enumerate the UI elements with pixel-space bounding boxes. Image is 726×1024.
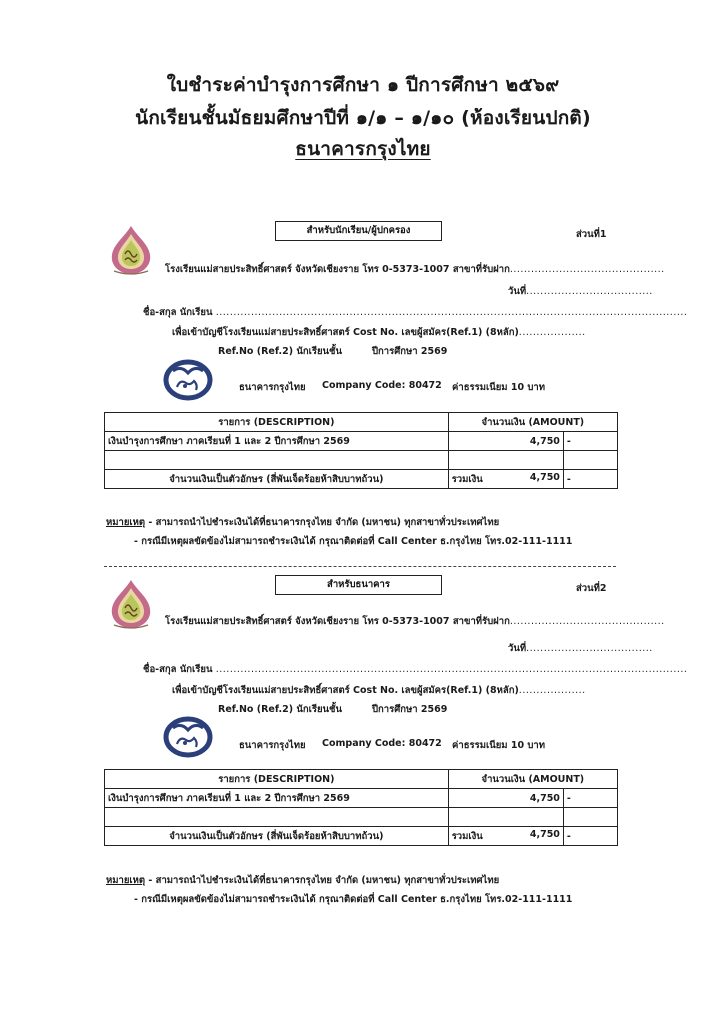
- service-fee: ค่าธรรมเนียม 10 บาท: [452, 738, 545, 753]
- note-text-1: - สามารถนำไปชำระเงินได้ที่ธนาคารกรุงไทย …: [145, 517, 499, 528]
- slip-for-label: สำหรับธนาคาร: [275, 575, 442, 595]
- document-subtitle: นักเรียนชั้นมัธยมศึกษาปีที่ ๑/๑ – ๑/๑๐ (…: [0, 103, 726, 133]
- empty-cell: [563, 451, 617, 470]
- empty-cell: [448, 808, 563, 827]
- cut-line-divider: [104, 566, 616, 567]
- table-header-row: รายการ (DESCRIPTION) จำนวนเงิน (AMOUNT): [105, 413, 618, 432]
- part-number: ส่วนที่1: [576, 227, 607, 242]
- column-header-amount: จำนวนเงิน (AMOUNT): [448, 413, 617, 432]
- table-header-row: รายการ (DESCRIPTION) จำนวนเงิน (AMOUNT): [105, 770, 618, 789]
- column-header-amount: จำนวนเงิน (AMOUNT): [448, 770, 617, 789]
- empty-cell: [105, 451, 449, 470]
- amount-in-words: จำนวนเงินเป็นตัวอักษร (สี่พันเจ็ดร้อยห้า…: [105, 470, 449, 489]
- note-line-2: - กรณีมีเหตุผลขัดข้องไม่สามารถชำระเงินได…: [134, 534, 572, 549]
- note-line-1: หมายเหตุ - สามารถนำไปชำระเงินได้ที่ธนาคา…: [106, 515, 499, 530]
- company-code: Company Code: 80472: [322, 380, 442, 391]
- total-satang: -: [563, 470, 617, 489]
- school-logo-icon: [108, 224, 154, 276]
- date-label: วันที่: [508, 643, 526, 654]
- column-header-description: รายการ (DESCRIPTION): [105, 413, 449, 432]
- student-name-blank: ........................................…: [216, 664, 688, 675]
- date-field: วันที่..................................…: [508, 284, 653, 299]
- account-text: เพื่อเข้าบัญชีโรงเรียนแม่สายประสิทธิ์ศาส…: [172, 327, 519, 338]
- student-name-blank: ........................................…: [216, 307, 688, 318]
- bank-name: ธนาคารกรุงไทย: [239, 738, 306, 753]
- service-fee: ค่าธรรมเนียม 10 บาท: [452, 380, 545, 395]
- slip-for-label: สำหรับนักเรียน/ผู้ปกครอง: [275, 221, 442, 241]
- account-text: เพื่อเข้าบัญชีโรงเรียนแม่สายประสิทธิ์ศาส…: [172, 685, 519, 696]
- date-blank: ....................................: [526, 643, 653, 654]
- ref1-blank: ...................: [519, 327, 586, 338]
- item-satang: -: [563, 789, 617, 808]
- student-name-field: ชื่อ-สกุล นักเรียน .....................…: [143, 662, 687, 677]
- krungthai-bank-logo-icon: [163, 359, 213, 401]
- table-total-row: จำนวนเงินเป็นตัวอักษร (สี่พันเจ็ดร้อยห้า…: [105, 827, 618, 846]
- student-name-field: ชื่อ-สกุล นักเรียน .....................…: [143, 305, 687, 320]
- item-amount: 4,750: [448, 432, 563, 451]
- ref1-blank: ...................: [519, 685, 586, 696]
- note-line-1: หมายเหตุ - สามารถนำไปชำระเงินได้ที่ธนาคา…: [106, 873, 499, 888]
- academic-year: ปีการศึกษา 2569: [372, 702, 447, 717]
- payment-table: รายการ (DESCRIPTION) จำนวนเงิน (AMOUNT) …: [104, 769, 618, 846]
- payment-table: รายการ (DESCRIPTION) จำนวนเงิน (AMOUNT) …: [104, 412, 618, 489]
- amount-in-words: จำนวนเงินเป็นตัวอักษร (สี่พันเจ็ดร้อยห้า…: [105, 827, 449, 846]
- date-blank: ....................................: [526, 286, 653, 297]
- date-label: วันที่: [508, 286, 526, 297]
- school-info-text: โรงเรียนแม่สายประสิทธิ์ศาสตร์ จังหวัดเชี…: [165, 616, 510, 627]
- empty-cell: [563, 808, 617, 827]
- company-code: Company Code: 80472: [322, 738, 442, 749]
- branch-blank: ........................................…: [510, 616, 665, 627]
- ref2-label: Ref.No (Ref.2) นักเรียนชั้น: [218, 702, 342, 717]
- empty-cell: [105, 808, 449, 827]
- empty-cell: [448, 451, 563, 470]
- school-logo-icon: [108, 578, 154, 630]
- table-row-empty: [105, 808, 618, 827]
- account-line: เพื่อเข้าบัญชีโรงเรียนแม่สายประสิทธิ์ศาส…: [172, 683, 586, 698]
- document-title: ใบชำระค่าบำรุงการศึกษา ๑ ปีการศึกษา ๒๕๖๙: [0, 70, 726, 100]
- part-number: ส่วนที่2: [576, 581, 607, 596]
- bank-heading: ธนาคารกรุงไทย: [0, 134, 726, 164]
- student-name-label: ชื่อ-สกุล นักเรียน: [143, 307, 212, 318]
- krungthai-bank-logo-icon: [163, 716, 213, 758]
- note-text-1: - สามารถนำไปชำระเงินได้ที่ธนาคารกรุงไทย …: [145, 875, 499, 886]
- school-info-line: โรงเรียนแม่สายประสิทธิ์ศาสตร์ จังหวัดเชี…: [165, 262, 665, 277]
- school-info-line: โรงเรียนแม่สายประสิทธิ์ศาสตร์ จังหวัดเชี…: [165, 614, 665, 629]
- branch-blank: ........................................…: [510, 264, 665, 275]
- total-cell: รวมเงิน 4,750: [448, 470, 563, 489]
- table-row: เงินบำรุงการศึกษา ภาคเรียนที่ 1 และ 2 ปี…: [105, 789, 618, 808]
- total-amount: 4,750: [530, 829, 560, 844]
- item-satang: -: [563, 432, 617, 451]
- academic-year: ปีการศึกษา 2569: [372, 344, 447, 359]
- table-total-row: จำนวนเงินเป็นตัวอักษร (สี่พันเจ็ดร้อยห้า…: [105, 470, 618, 489]
- note-line-2: - กรณีมีเหตุผลขัดข้องไม่สามารถชำระเงินได…: [134, 892, 572, 907]
- student-name-label: ชื่อ-สกุล นักเรียน: [143, 664, 212, 675]
- item-description: เงินบำรุงการศึกษา ภาคเรียนที่ 1 และ 2 ปี…: [105, 789, 449, 808]
- date-field: วันที่..................................…: [508, 641, 653, 656]
- note-title: หมายเหตุ: [106, 517, 145, 528]
- school-info-text: โรงเรียนแม่สายประสิทธิ์ศาสตร์ จังหวัดเชี…: [165, 264, 510, 275]
- total-cell: รวมเงิน 4,750: [448, 827, 563, 846]
- ref2-label: Ref.No (Ref.2) นักเรียนชั้น: [218, 344, 342, 359]
- column-header-description: รายการ (DESCRIPTION): [105, 770, 449, 789]
- total-satang: -: [563, 827, 617, 846]
- note-title: หมายเหตุ: [106, 875, 145, 886]
- account-line: เพื่อเข้าบัญชีโรงเรียนแม่สายประสิทธิ์ศาส…: [172, 325, 586, 340]
- total-label: รวมเงิน: [452, 829, 483, 844]
- item-description: เงินบำรุงการศึกษา ภาคเรียนที่ 1 และ 2 ปี…: [105, 432, 449, 451]
- item-amount: 4,750: [448, 789, 563, 808]
- total-label: รวมเงิน: [452, 472, 483, 487]
- bank-name: ธนาคารกรุงไทย: [239, 380, 306, 395]
- table-row-empty: [105, 451, 618, 470]
- table-row: เงินบำรุงการศึกษา ภาคเรียนที่ 1 และ 2 ปี…: [105, 432, 618, 451]
- total-amount: 4,750: [530, 472, 560, 487]
